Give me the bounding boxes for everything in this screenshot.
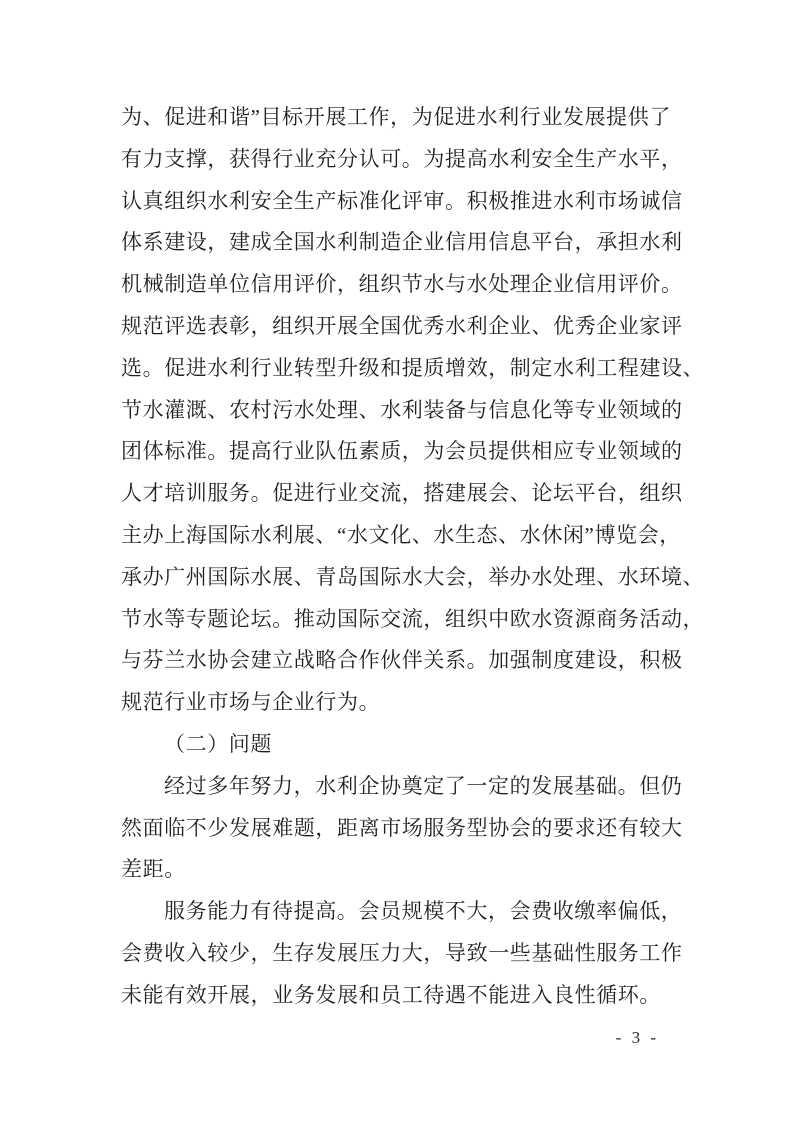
text-line: 然面临不少发展难题，距离市场服务型协会的要求还有较大 (121, 808, 687, 850)
document-page: 为、促进和谐”目标开展工作，为促进水利行业发展提供了有力支撑，获得行业充分认可。… (0, 0, 800, 1131)
page-number: - 3 - (616, 1028, 659, 1048)
text-line: 主办上海国际水利展、“水文化、水生态、水休闲”博览会， (121, 515, 687, 557)
text-line: 经过多年努力，水利企协奠定了一定的发展基础。但仍 (121, 766, 687, 808)
text-line: 差距。 (121, 849, 687, 891)
text-line: 有力支撑，获得行业充分认可。为提高水利安全生产水平， (121, 139, 687, 181)
text-line: 认真组织水利安全生产标准化评审。积极推进水利市场诚信 (121, 181, 687, 223)
text-line: 未能有效开展，业务发展和员工待遇不能进入良性循环。 (121, 975, 687, 1017)
text-line: 与芬兰水协会建立战略合作伙伴关系。加强制度建设，积极 (121, 640, 687, 682)
text-line: 规范评选表彰，组织开展全国优秀水利企业、优秀企业家评 (121, 306, 687, 348)
text-line: 体系建设，建成全国水利制造企业信用信息平台，承担水利 (121, 222, 687, 264)
text-line: 节水灌溉、农村污水处理、水利装备与信息化等专业领域的 (121, 390, 687, 432)
text-line: 节水等专题论坛。推动国际交流，组织中欧水资源商务活动， (121, 599, 687, 641)
text-line: 选。促进水利行业转型升级和提质增效，制定水利工程建设、 (121, 348, 687, 390)
text-line: 承办广州国际水展、青岛国际水大会，举办水处理、水环境、 (121, 557, 687, 599)
text-line: 规范行业市场与企业行为。 (121, 682, 687, 724)
text-line: 机械制造单位信用评价，组织节水与水处理企业信用评价。 (121, 264, 687, 306)
text-line: （二）问题 (121, 724, 687, 766)
text-line: 为、促进和谐”目标开展工作，为促进水利行业发展提供了 (121, 97, 687, 139)
text-line: 团体标准。提高行业队伍素质，为会员提供相应专业领域的 (121, 431, 687, 473)
text-line: 会费收入较少，生存发展压力大，导致一些基础性服务工作 (121, 933, 687, 975)
text-line: 人才培训服务。促进行业交流，搭建展会、论坛平台，组织 (121, 473, 687, 515)
text-line: 服务能力有待提高。会员规模不大，会费收缴率偏低， (121, 891, 687, 933)
document-body: 为、促进和谐”目标开展工作，为促进水利行业发展提供了有力支撑，获得行业充分认可。… (121, 97, 687, 1017)
